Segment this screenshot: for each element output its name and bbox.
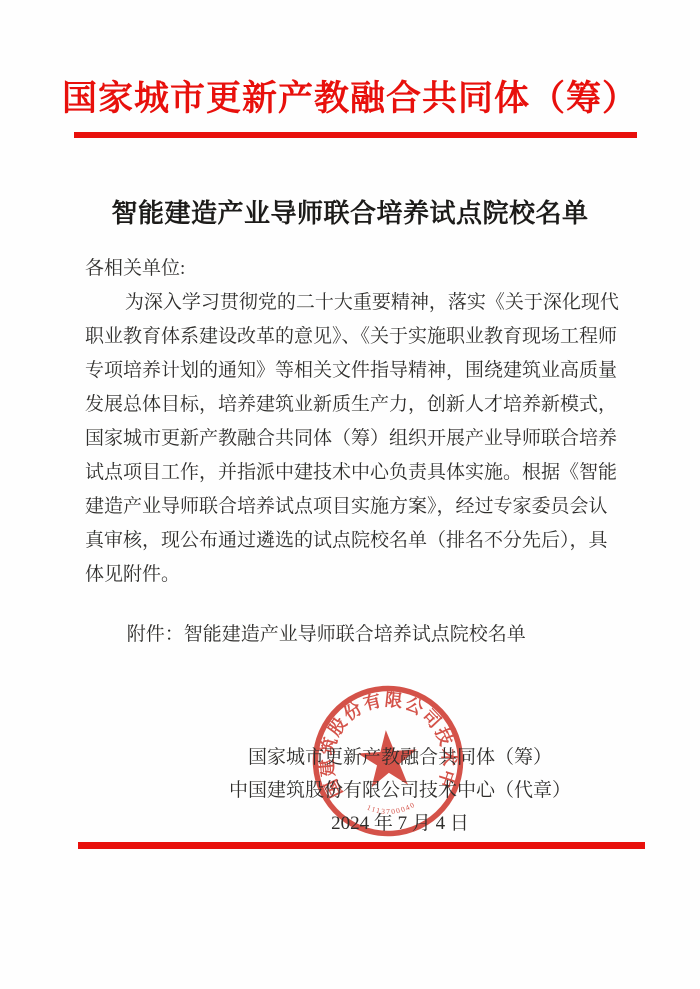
signature-block: 国家城市更新产教融合共同体（筹） 中国建筑股份有限公司技术中心（代章） 2024…	[95, 741, 700, 840]
salutation: 各相关单位:	[85, 252, 620, 286]
footer-rule	[78, 842, 645, 849]
attachment-line: 附件：智能建造产业导师联合培养试点院校名单	[85, 618, 620, 652]
signature-date: 2024 年 7 月 4 日	[95, 807, 700, 840]
signature-org-line1: 国家城市更新产教融合共同体（筹）	[95, 741, 700, 774]
body-line: 发展总体目标，培养建筑业新质生产力，创新人才培养新模式，	[85, 388, 620, 422]
body-line: 为深入学习贯彻党的二十大重要精神，落实《关于深化现代	[85, 286, 620, 320]
document-body: 各相关单位: 为深入学习贯彻党的二十大重要精神，落实《关于深化现代职业教育体系建…	[85, 252, 620, 652]
letterhead-title: 国家城市更新产教融合共同体（筹）	[0, 76, 700, 122]
body-line: 专项培养计划的通知》等相关文件指导精神，围绕建筑业高质量	[85, 354, 620, 388]
body-line: 真审核，现公布通过遴选的试点院校名单（排名不分先后），具	[85, 524, 620, 558]
body-line: 体见附件。	[85, 558, 620, 592]
body-line: 建造产业导师联合培养试点项目实施方案》，经过专家委员会认	[85, 490, 620, 524]
document-title: 智能建造产业导师联合培养试点院校名单	[0, 194, 700, 234]
signature-org-line2: 中国建筑股份有限公司技术中心（代章）	[95, 774, 700, 807]
letterhead-divider-rule	[74, 132, 637, 138]
body-line: 职业教育体系建设改革的意见》、《关于实施职业教育现场工程师	[85, 320, 620, 354]
body-line: 国家城市更新产教融合共同体（筹）组织开展产业导师联合培养	[85, 422, 620, 456]
body-line: 试点项目工作，并指派中建技术中心负责具体实施。根据《智能	[85, 456, 620, 490]
scanned-official-document: { "colors": { "accent_red": "#e8100c", "…	[0, 0, 700, 989]
body-paragraph: 为深入学习贯彻党的二十大重要精神，落实《关于深化现代职业教育体系建设改革的意见》…	[85, 286, 620, 592]
